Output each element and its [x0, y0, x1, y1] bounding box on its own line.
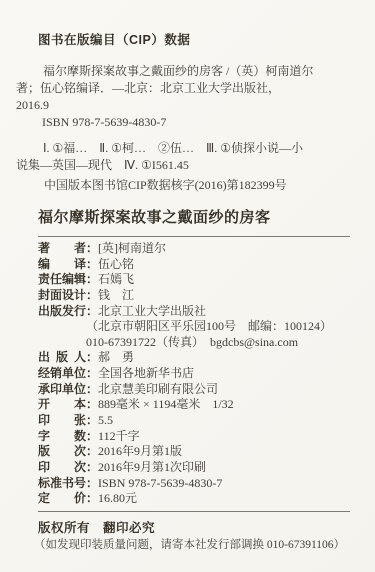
- cip-isbn-line: ISBN 978-7-5639-4830-7: [16, 114, 166, 131]
- row-value: [英]柯南道尔: [98, 241, 166, 255]
- cip-registry-number: 中国版本图书馆CIP数据核字(2016)第182399号: [16, 177, 287, 193]
- row-label: 出版人: [38, 350, 86, 366]
- row-label: 印张: [38, 413, 86, 429]
- row-value: 钱 江: [98, 288, 134, 302]
- row-colon: ：: [86, 476, 98, 490]
- publication-row: 承印单位：北京慧美印刷有限公司: [38, 382, 363, 398]
- publication-row: （北京市朝阳区平乐园100号 邮编：100124）: [38, 319, 363, 335]
- row-value: 010-67391722（传真） bgdcbs@sina.com: [86, 335, 298, 349]
- cip-entry-line-2: 著；伍心铭编译．—北京：北京工业大学出版社，: [16, 80, 346, 97]
- row-value: 北京工业大学出版社: [98, 304, 206, 318]
- cip-entry: 福尔摩斯探案故事之戴面纱的房客 /（英）柯南道尔 著；伍心铭编译．—北京：北京工…: [16, 63, 346, 114]
- row-colon: ：: [86, 288, 98, 302]
- quality-exchange-note: （如发现印装质量问题，请寄本社发行部调换 010-67391106）: [34, 536, 345, 552]
- row-label: 经销单位: [38, 366, 86, 382]
- publication-row: 经销单位：全国各地新华书店: [38, 366, 363, 382]
- row-colon: ：: [86, 491, 98, 505]
- publication-row: 开本：889毫米 × 1194毫米 1/32: [38, 397, 363, 413]
- row-colon: ：: [86, 272, 98, 286]
- row-colon: ：: [86, 304, 98, 318]
- publication-row: 标准书号：ISBN 978-7-5639-4830-7: [38, 476, 363, 492]
- title-divider-rule: [38, 236, 350, 237]
- row-colon: ：: [86, 397, 98, 411]
- row-value: 112千字: [98, 429, 140, 443]
- footer-divider-rule: [38, 511, 350, 512]
- row-value: 5.5: [98, 413, 113, 427]
- row-label: 定价: [38, 491, 86, 507]
- publication-row: 版次：2016年9月第1版: [38, 444, 363, 460]
- row-colon: ：: [86, 382, 98, 396]
- row-colon: ：: [86, 366, 98, 380]
- publication-row: 印张：5.5: [38, 413, 363, 429]
- publication-row: 010-67391722（传真） bgdcbs@sina.com: [38, 335, 363, 351]
- row-value: 北京慧美印刷有限公司: [98, 382, 218, 396]
- book-copyright-page: 图书在版编目（CIP）数据 福尔摩斯探案故事之戴面纱的房客 /（英）柯南道尔 著…: [0, 0, 375, 572]
- row-value: 郝 勇: [98, 350, 134, 364]
- row-label: 著者: [38, 241, 86, 257]
- row-label: 字数: [38, 429, 86, 445]
- row-colon: ：: [86, 460, 98, 474]
- publication-row: 字数：112千字: [38, 429, 363, 445]
- row-value: 石嫣飞: [98, 272, 134, 286]
- publication-row: 封面设计：钱 江: [38, 288, 363, 304]
- row-label: 责任编辑: [38, 272, 86, 288]
- cip-classification-line-1: Ⅰ. ①福… Ⅱ. ①柯… ②伍… Ⅲ. ①侦探小说—小: [16, 140, 346, 157]
- cip-entry-line-3: 2016.9: [16, 97, 346, 114]
- row-colon: ：: [86, 444, 98, 458]
- publication-row: 著者：[英]柯南道尔: [38, 241, 363, 257]
- row-colon: ：: [86, 257, 98, 271]
- copyright-notice: 版权所有 翻印必究: [38, 518, 155, 536]
- row-colon: ：: [86, 350, 98, 364]
- cip-heading: 图书在版编目（CIP）数据: [38, 30, 190, 48]
- publication-row: 责任编辑：石嫣飞: [38, 272, 363, 288]
- row-value: ISBN 978-7-5639-4830-7: [98, 476, 222, 490]
- row-colon: ：: [86, 241, 98, 255]
- publication-info-list: 著者：[英]柯南道尔 编译：伍心铭 责任编辑：石嫣飞 封面设计：钱 江 出版发行…: [38, 241, 363, 507]
- row-label: 标准书号: [38, 476, 86, 492]
- row-colon: ：: [86, 429, 98, 443]
- book-title: 福尔摩斯探案故事之戴面纱的房客: [38, 206, 271, 227]
- row-label: 承印单位: [38, 382, 86, 398]
- publication-row: 编译：伍心铭: [38, 257, 363, 273]
- cip-classification-line-2: 说集—英国—现代 Ⅳ. ①I561.45: [16, 157, 346, 174]
- row-label: 封面设计: [38, 288, 86, 304]
- row-value: 16.80元: [98, 491, 137, 505]
- cip-entry-line-1: 福尔摩斯探案故事之戴面纱的房客 /（英）柯南道尔: [16, 63, 346, 80]
- publication-row: 出版人：郝 勇: [38, 350, 363, 366]
- publication-row: 定价：16.80元: [38, 491, 363, 507]
- row-value: 889毫米 × 1194毫米 1/32: [98, 397, 234, 411]
- row-value: 伍心铭: [98, 257, 134, 271]
- row-value: 2016年9月第1版: [98, 444, 182, 458]
- row-label: 编译: [38, 257, 86, 273]
- row-colon: ：: [86, 413, 98, 427]
- cip-classification: Ⅰ. ①福… Ⅱ. ①柯… ②伍… Ⅲ. ①侦探小说—小 说集—英国—现代 Ⅳ.…: [16, 140, 346, 173]
- row-value: 2016年9月第1次印刷: [98, 460, 206, 474]
- row-label: 出版发行: [38, 304, 86, 320]
- publication-row: 出版发行：北京工业大学出版社: [38, 304, 363, 320]
- row-label: 版次: [38, 444, 86, 460]
- row-label: 开本: [38, 397, 86, 413]
- row-value: （北京市朝阳区平乐园100号 邮编：100124）: [86, 319, 332, 333]
- publication-row: 印次：2016年9月第1次印刷: [38, 460, 363, 476]
- row-label: 印次: [38, 460, 86, 476]
- row-value: 全国各地新华书店: [98, 366, 194, 380]
